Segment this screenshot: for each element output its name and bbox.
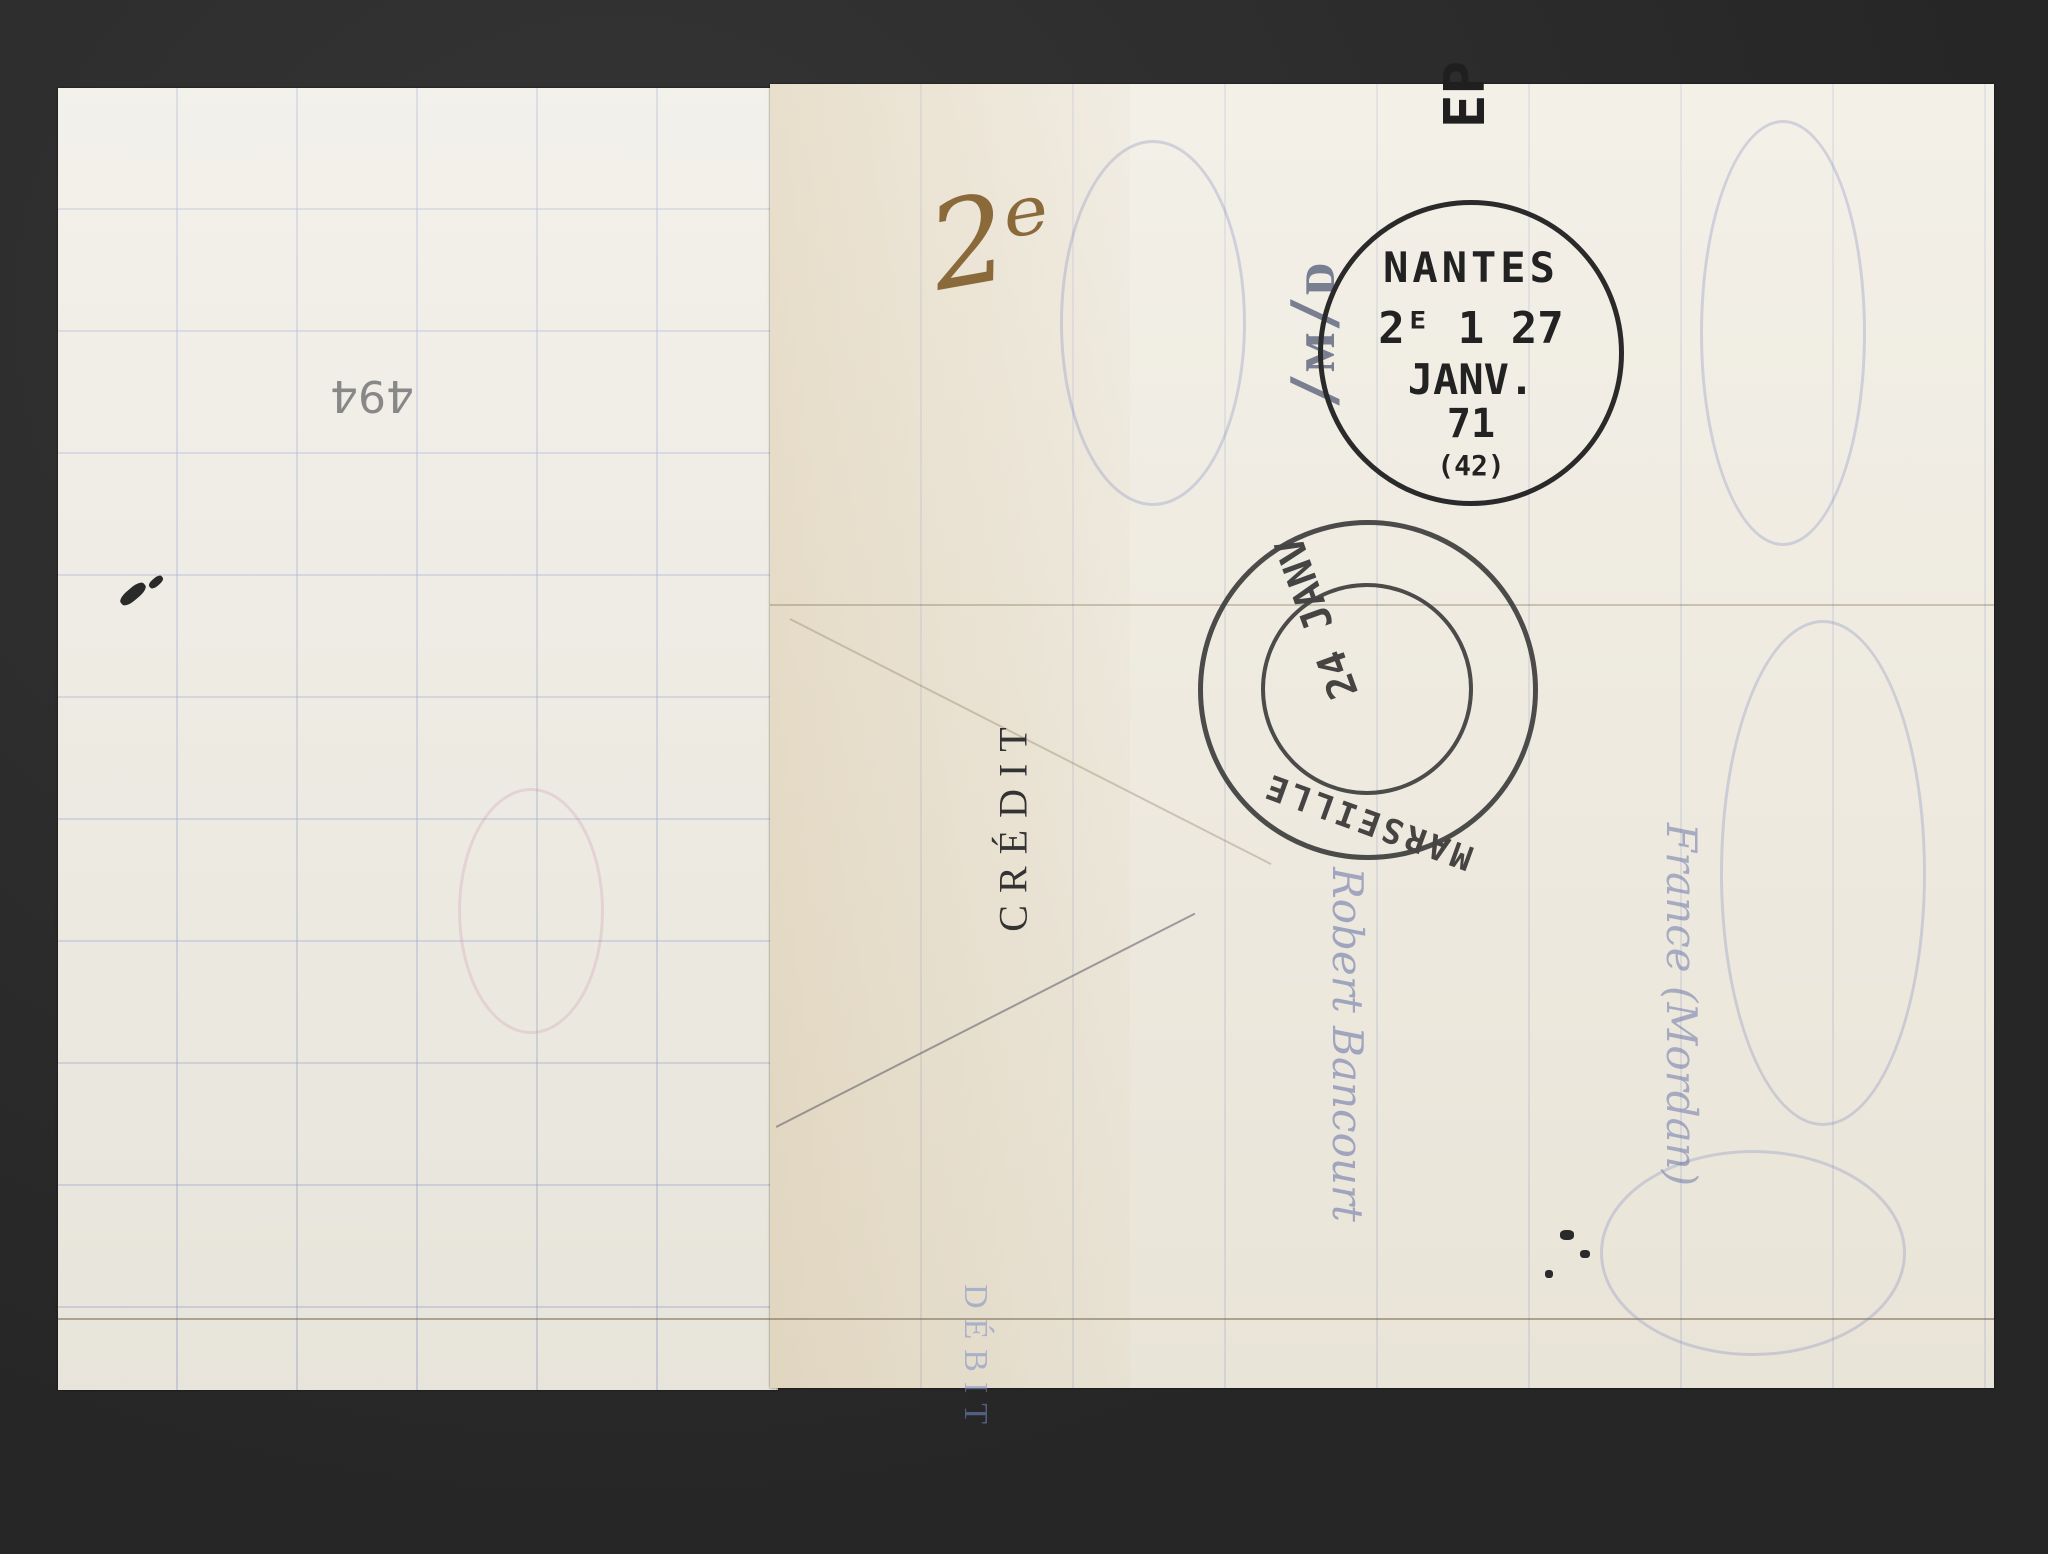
boxed-postal-mark: EP [1433,61,1498,128]
ink-spot [1580,1250,1590,1258]
ink-spot [118,580,149,608]
handwritten-address: France (Mordan) [1657,823,1706,1186]
pencil-number: 494 [330,370,414,421]
ink-spot [147,574,164,590]
faded-handwriting [1720,620,1926,1126]
faded-handwriting [1600,1150,1906,1356]
postmark-city: NANTES [1323,243,1619,292]
nantes-postmark: NANTES 2ᴱ 1 27 JANV. 71 (42) [1318,200,1624,506]
ink-spot [1560,1230,1574,1240]
debit-label: DÉBIT [956,1284,994,1434]
faded-handwriting [1700,120,1866,546]
handwritten-name: Robert Bancourt [1323,867,1372,1222]
faded-handwriting [1060,140,1246,506]
postmark-year: 71 [1323,401,1619,447]
postmark-department: (42) [1323,449,1619,482]
credit-label: CRÉDIT [990,715,1037,931]
faded-handwriting [458,788,604,1034]
ledger-sheet-left: 494 [58,88,778,1390]
postmark-month: JANV. [1323,355,1619,404]
ink-spot [1545,1270,1553,1278]
marseille-postmark: MARSEILLE 24 JANV [1198,520,1538,860]
postmark-time: 2ᴱ 1 27 [1323,303,1619,354]
brown-ink-marking: 2ᵉ [919,160,1064,318]
